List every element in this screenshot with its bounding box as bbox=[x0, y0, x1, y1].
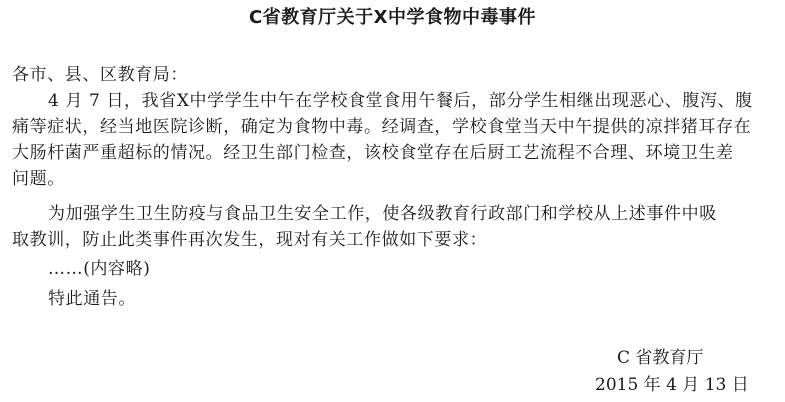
paragraph-1-line-3: 大肠杆菌严重超标的情况。经卫生部门检查，该校食堂存在后厨工艺流程不合理、环境卫生… bbox=[12, 140, 734, 166]
paragraph-2-line-2: 取教训，防止此类事件再次发生，现对有关工作做如下要求： bbox=[12, 227, 487, 253]
omitted-content: ……(内容略) bbox=[48, 256, 150, 282]
paragraph-2-line-1: 为加强学生卫生防疫与食品卫生安全工作，使各级教育行政部门和学校从上述事件中吸 bbox=[48, 201, 717, 227]
paragraph-1-line-1: 4 月 7 日，我省X中学学生中午在学校食堂食用午餐后，部分学生相继出现恶心、腹… bbox=[48, 88, 753, 114]
paragraph-1-line-2: 痛等症状，经当地医院诊断，确定为食物中毒。经调查，学校食堂当天中午提供的凉拌猪耳… bbox=[12, 114, 751, 140]
salutation: 各市、县、区教育局： bbox=[12, 62, 188, 88]
paragraph-1-line-4: 问题。 bbox=[12, 166, 65, 192]
document-title: C省教育厅关于X中学食物中毒事件 bbox=[0, 4, 785, 32]
signature-date: 2015 年 4 月 13 日 bbox=[595, 372, 749, 398]
signature-issuer: C 省教育厅 bbox=[617, 345, 703, 371]
closing-statement: 特此通告。 bbox=[48, 286, 136, 312]
